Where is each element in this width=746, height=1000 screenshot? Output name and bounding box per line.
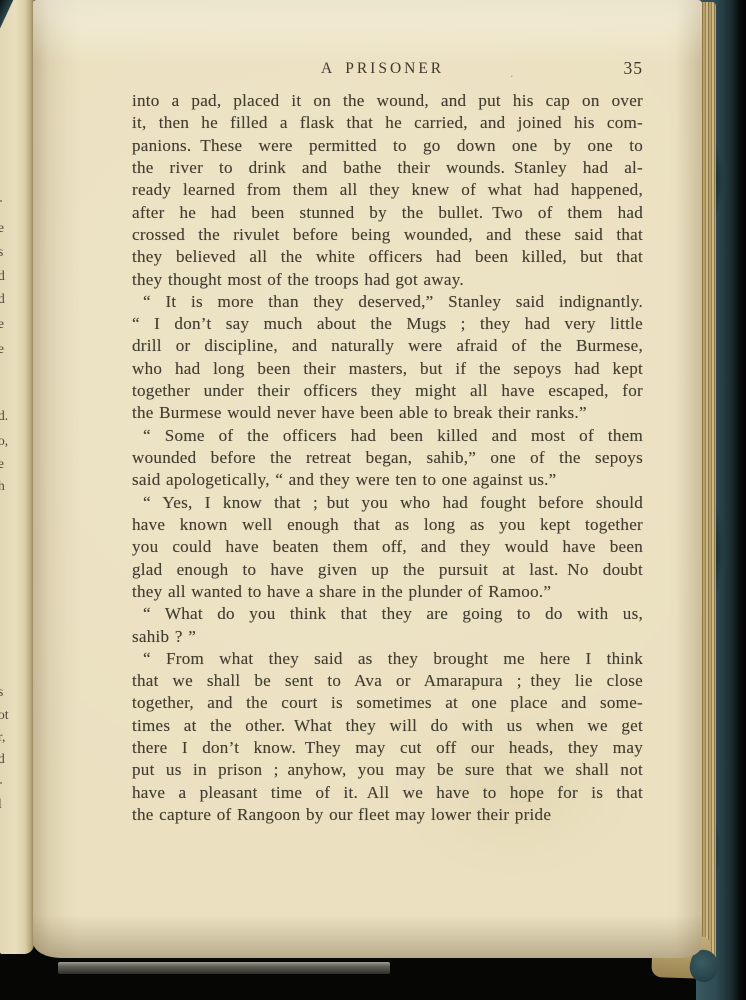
text-line: together under their officers they might… xyxy=(132,380,643,402)
text-line: there I don’t know. They may cut off our… xyxy=(132,737,643,759)
text-line: “ Some of the officers had been killed a… xyxy=(132,425,643,447)
text-line: you could have beaten them off, and they… xyxy=(132,536,643,558)
text-line: into a pad, placed it on the wound, and … xyxy=(132,90,643,112)
text-line: said apologetically, “ and they were ten… xyxy=(132,469,643,491)
text-line: they thought most of the troops had got … xyxy=(132,269,643,291)
edge-text-fragment: e xyxy=(0,456,12,472)
text-line: “ I don’t say much about the Mugs ; they… xyxy=(132,313,643,335)
paragraph: “ It is more than they deserved,” Stanle… xyxy=(132,291,643,425)
edge-text-fragment: s xyxy=(0,684,12,700)
edge-text-fragment: e xyxy=(0,341,12,357)
text-line: together, and the court is sometimes at … xyxy=(132,692,643,714)
edge-text-fragment: - xyxy=(0,192,12,208)
edge-text-fragment: s xyxy=(0,244,12,260)
text-line: “ Yes, I know that ; but you who had fou… xyxy=(132,492,643,514)
edge-text-fragment: ot xyxy=(0,707,12,723)
text-line: panions. These were permitted to go down… xyxy=(132,135,643,157)
edge-text-fragment: - xyxy=(0,774,12,790)
paragraph: “ Some of the officers had been killed a… xyxy=(132,425,643,492)
edge-text-fragment: h xyxy=(0,478,12,494)
text-line: they believed all the white officers had… xyxy=(132,246,643,268)
edge-text-fragment: o, xyxy=(0,433,12,449)
edge-text-fragment: r, xyxy=(0,729,12,745)
text-line: they all wanted to have a share in the p… xyxy=(132,581,643,603)
edge-text-fragment: d xyxy=(0,268,12,284)
text-line: the river to drink and bathe their wound… xyxy=(132,157,643,179)
text-line: drill or discipline, and naturally were … xyxy=(132,335,643,357)
text-line: it, then he filled a flask that he carri… xyxy=(132,112,643,134)
text-line: “ It is more than they deserved,” Stanle… xyxy=(132,291,643,313)
text-line: who had long been their masters, but if … xyxy=(132,358,643,380)
text-line: have known well enough that as long as y… xyxy=(132,514,643,536)
table-edge xyxy=(58,962,390,974)
book-page: A PRISONER . 35 into a pad, placed it on… xyxy=(33,0,702,958)
paragraph: into a pad, placed it on the wound, and … xyxy=(132,90,643,291)
text-line: put us in prison ; anyhow, you may be su… xyxy=(132,759,643,781)
text-line: glad enough to have given up the pursuit… xyxy=(132,559,643,581)
paragraph: “ Yes, I know that ; but you who had fou… xyxy=(132,492,643,604)
edge-text-fragment: e xyxy=(0,220,12,236)
text-line: after he had been stunned by the bullet.… xyxy=(132,202,643,224)
text-line: sahib ? ” xyxy=(132,626,643,648)
cover-corner-wedge xyxy=(0,0,16,36)
text-line: “ What do you think that they are going … xyxy=(132,603,643,625)
page-number: 35 xyxy=(624,58,644,79)
running-title: A PRISONER xyxy=(321,60,444,78)
text-line: the Burmese would never have been able t… xyxy=(132,402,643,424)
page-header: A PRISONER . 35 xyxy=(132,60,643,82)
facing-page-strip: -esddeed.o,ehsotr,d-l xyxy=(0,0,34,954)
edge-text-fragment: e xyxy=(0,316,12,332)
print-artifact-dot: . xyxy=(510,65,513,81)
text-line: have a pleasant time of it. All we have … xyxy=(132,782,643,804)
text-line: the capture of Rangoon by our fleet may … xyxy=(132,804,643,826)
edge-text-fragment: d xyxy=(0,291,12,307)
text-line: times at the other. What they will do wi… xyxy=(132,715,643,737)
edge-text-fragment: d. xyxy=(0,408,12,424)
edge-text-fragment: d xyxy=(0,751,12,767)
paragraph: “ What do you think that they are going … xyxy=(132,603,643,648)
text-line: “ From what they said as they brought me… xyxy=(132,648,643,670)
text-line: wounded before the retreat began, sahib,… xyxy=(132,447,643,469)
text-line: crossed the rivulet before being wounded… xyxy=(132,224,643,246)
body-text: into a pad, placed it on the wound, and … xyxy=(132,90,643,826)
scanned-book-photo: -esddeed.o,ehsotr,d-l A PRISONER . 35 in… xyxy=(0,0,746,1000)
edge-text-fragment: l xyxy=(0,796,12,812)
text-line: that we shall be sent to Ava or Amarapur… xyxy=(132,670,643,692)
text-line: ready learned from them all they knew of… xyxy=(132,179,643,201)
paragraph: “ From what they said as they brought me… xyxy=(132,648,643,827)
